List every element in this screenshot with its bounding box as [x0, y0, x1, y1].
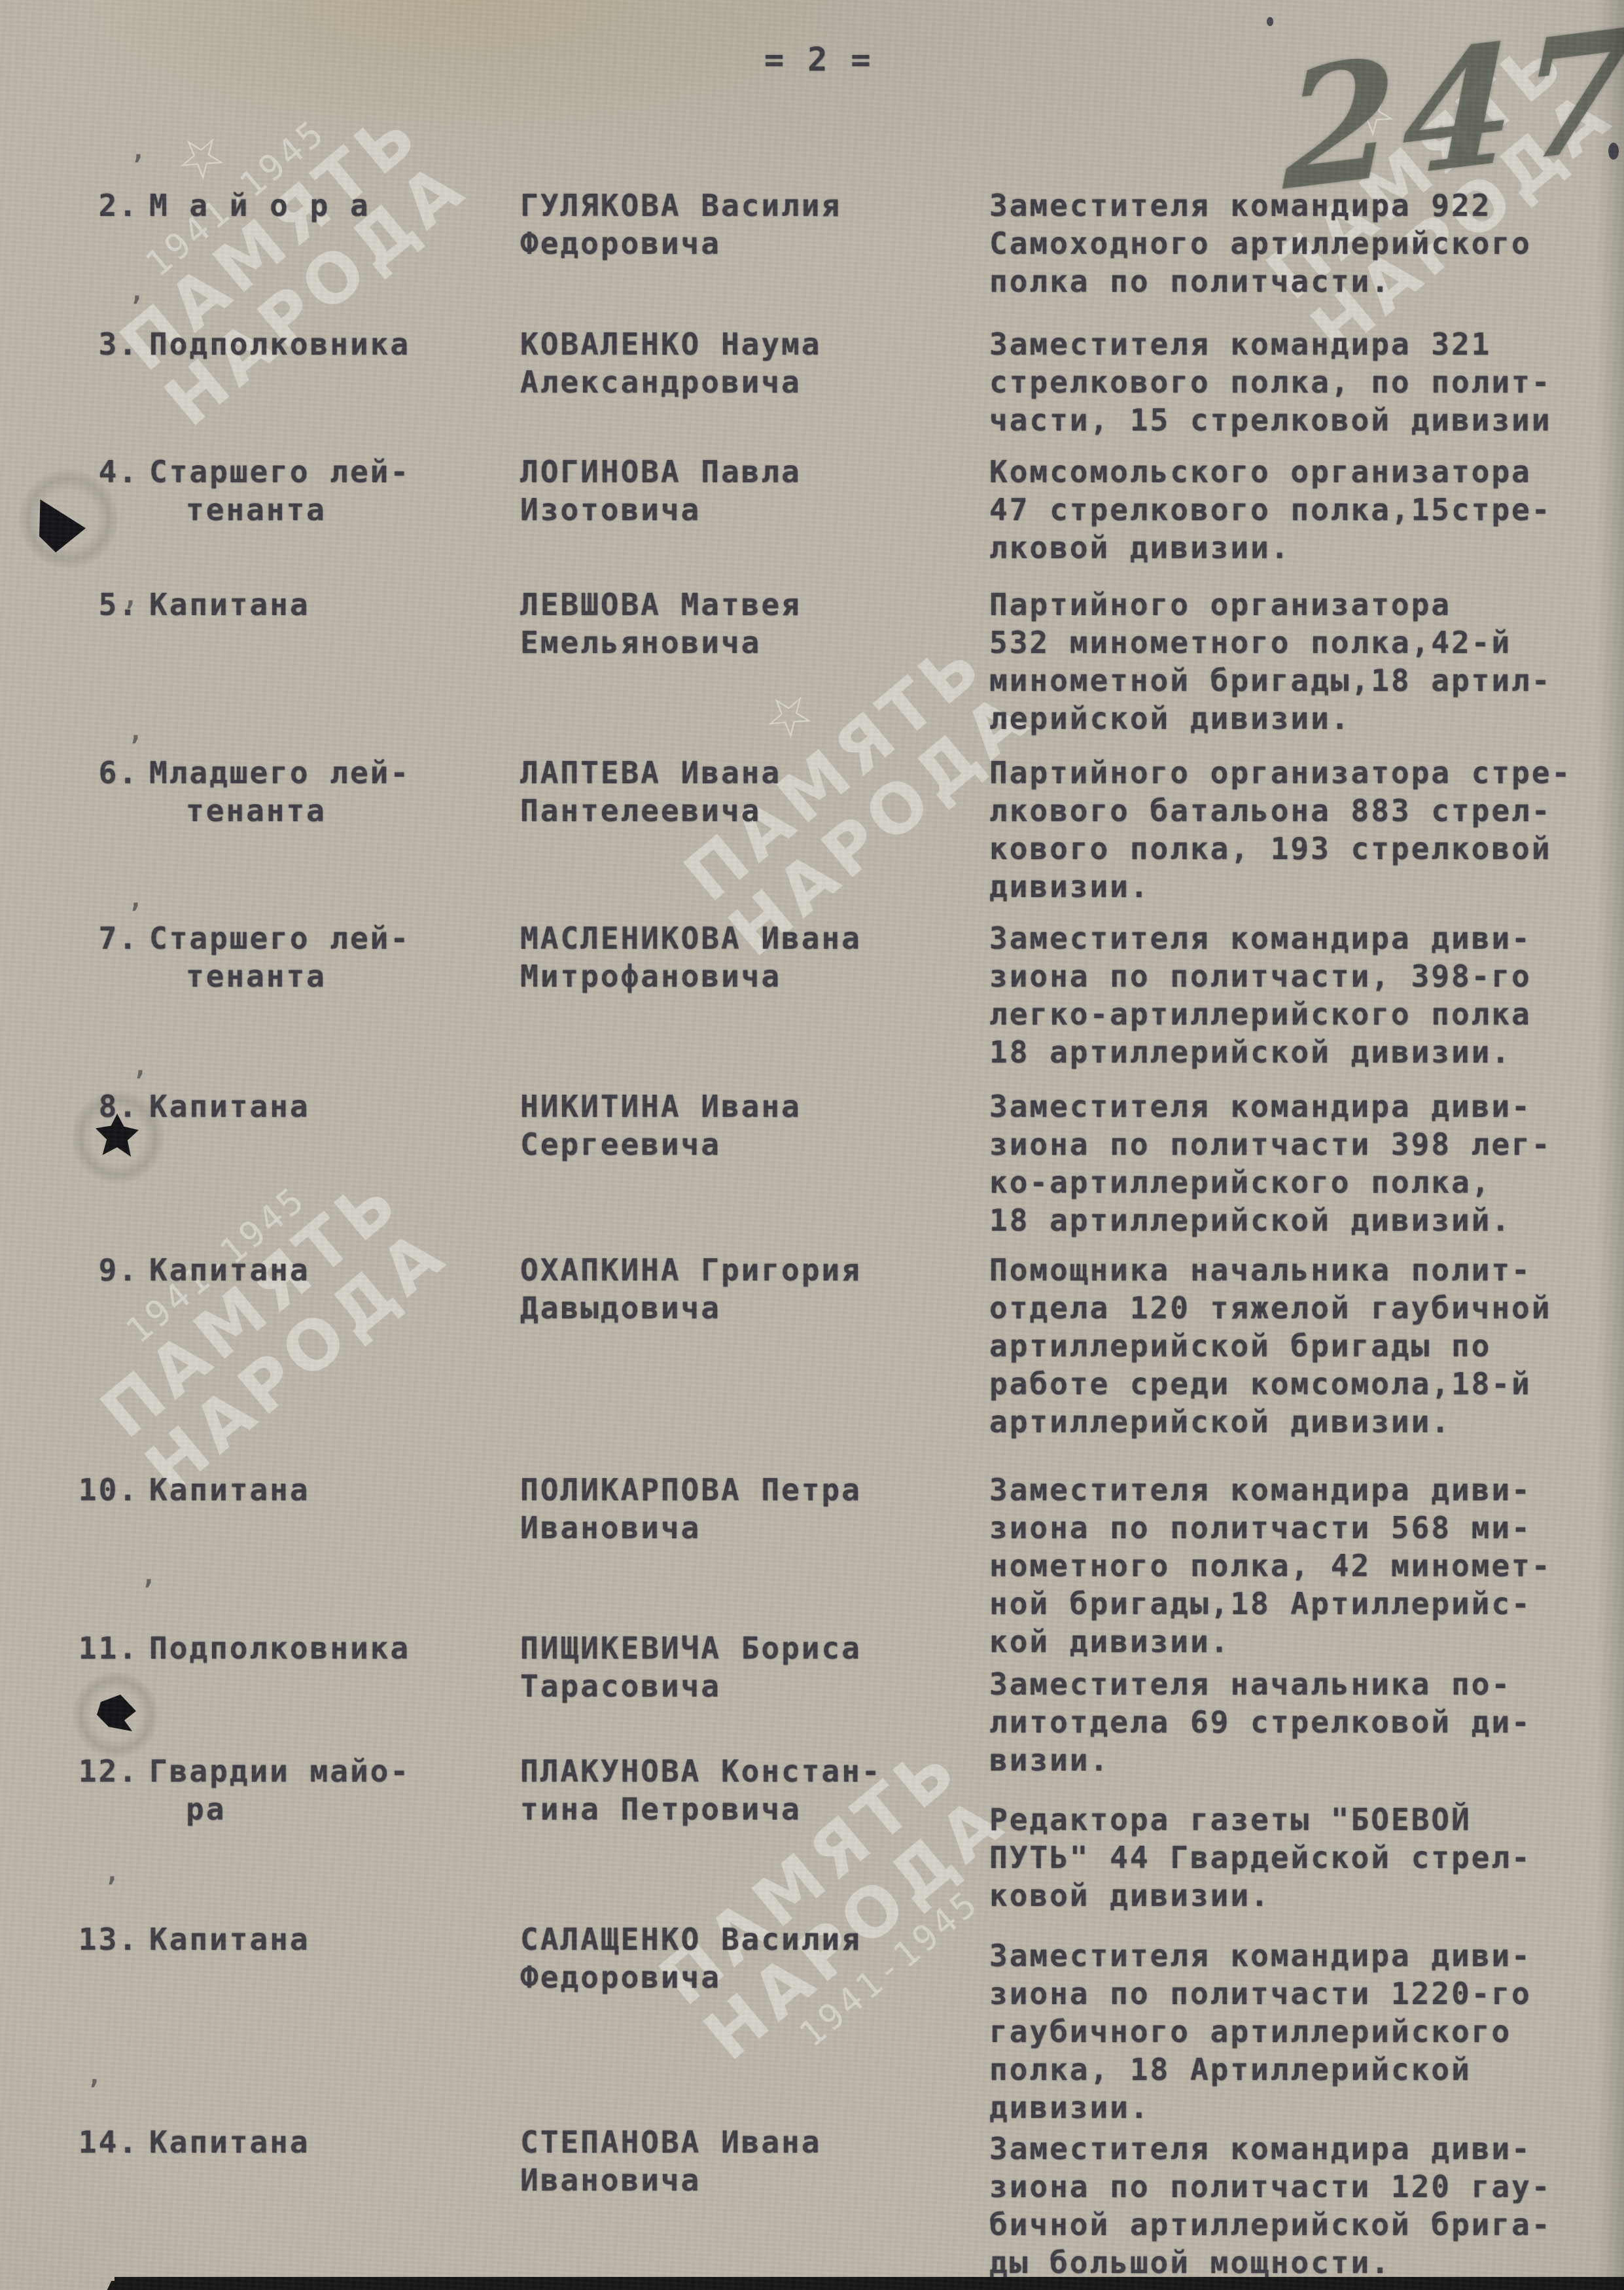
entry-number: 12. [60, 1752, 139, 1790]
text-line: Партийного организатора стре- [989, 754, 1604, 792]
entry-rank: Капитана [149, 586, 516, 624]
entry-number: 13. [60, 1920, 139, 1958]
text-line: лкового батальона 883 стрел- [989, 792, 1604, 830]
entry-position: Заместителя командира диви-зиона по поли… [989, 919, 1604, 1071]
entry-number: 8. [60, 1087, 139, 1125]
text-line: Федоровича [520, 224, 978, 262]
entry-name: ПЛАКУНОВА Констан-тина Петровича [520, 1752, 978, 1828]
entry-number: 11. [60, 1629, 139, 1667]
text-line: зиона по политчасти 398 лег- [989, 1125, 1604, 1163]
text-line: визии. [989, 1741, 1604, 1779]
entry-name: САЛАЩЕНКО ВасилияФедоровича [520, 1920, 978, 1996]
entry-number: 4. [60, 453, 139, 491]
entry-rank: Капитана [149, 1251, 516, 1289]
text-line: Александровича [520, 363, 978, 401]
entry-number: 14. [60, 2123, 139, 2161]
entry-rank: М а й о р а [149, 186, 516, 224]
entry-position: Заместителя командира 321стрелкового пол… [989, 325, 1604, 439]
text-line: Старшего лей- [149, 453, 516, 491]
text-line: Пантелеевича [520, 792, 978, 830]
text-line: Редактора газеты "БОЕВОЙ [989, 1801, 1604, 1839]
entry-rank: Подполковника [149, 1629, 516, 1667]
text-line: стрелкового полка, по полит- [989, 363, 1604, 401]
scan-edge-bar [115, 2277, 1624, 2290]
text-line: работе среди комсомола,18-й [989, 1365, 1604, 1403]
text-line: тенанта [149, 491, 516, 529]
text-line: Тарасовича [520, 1667, 978, 1705]
text-line: Старшего лей- [149, 919, 516, 957]
scan-edge-shadow [1597, 0, 1624, 2290]
text-line: 18 артиллерийской дивизий. [989, 1201, 1604, 1239]
entry-position: Заместителя командира диви-зиона по поли… [989, 1471, 1604, 1661]
entry-name: ЛОГИНОВА ПавлаИзотовича [520, 453, 978, 529]
text-line: Ивановича [520, 1509, 978, 1547]
text-line: Заместителя командира 321 [989, 325, 1604, 363]
text-line: лерийской дивизии. [989, 699, 1604, 737]
text-line: Капитана [149, 1251, 516, 1289]
stray-mark: ’ [130, 150, 145, 181]
text-line: отдела 120 тяжелой гаубичной [989, 1289, 1604, 1327]
text-line: дивизии. [989, 868, 1604, 906]
text-line: Партийного организатора [989, 586, 1604, 624]
text-line: лковой дивизии. [989, 529, 1604, 567]
entry-name: КОВАЛЕНКО НаумаАлександровича [520, 325, 978, 401]
punch-hole-tear [39, 496, 88, 554]
text-line: Заместителя командира диви- [989, 2130, 1604, 2168]
text-line: ЛАПТЕВА Ивана [520, 754, 978, 792]
text-line: полка по политчасти. [989, 262, 1604, 300]
text-line: Капитана [149, 1471, 516, 1509]
text-line: ОХАПКИНА Григория [520, 1251, 978, 1289]
text-line: 47 стрелкового полка,15стре- [989, 491, 1604, 529]
stray-mark: ’ [132, 1066, 147, 1097]
entry-position: Помощника начальника полит-отдела 120 тя… [989, 1251, 1604, 1441]
entry-rank: Гвардии майо-ра [149, 1752, 516, 1828]
text-line: нометного полка, 42 миномет- [989, 1547, 1604, 1585]
text-line: Капитана [149, 2123, 516, 2161]
entry-name: СТЕПАНОВА ИванаИвановича [520, 2123, 978, 2199]
text-line: ПЛАКУНОВА Констан- [520, 1752, 978, 1790]
text-line: ГУЛЯКОВА Василия [520, 186, 978, 224]
text-line: Подполковника [149, 1629, 516, 1667]
text-line: Заместителя начальника по- [989, 1665, 1604, 1703]
text-line: ЛОГИНОВА Павла [520, 453, 978, 491]
text-line: Капитана [149, 586, 516, 624]
text-line: ды большой мощности. [989, 2244, 1604, 2281]
entry-name: ПИЩИКЕВИЧА БорисаТарасовича [520, 1629, 978, 1705]
text-line: артиллерийской дивизии. [989, 1403, 1604, 1441]
text-line: полка, 18 Артиллерийской [989, 2051, 1604, 2088]
text-line: 18 артиллерийской дивизии. [989, 1033, 1604, 1071]
stray-mark: ’ [127, 731, 143, 762]
entry-rank: Подполковника [149, 325, 516, 363]
entry-rank: Капитана [149, 1920, 516, 1958]
stray-mark: ’ [86, 2075, 101, 2105]
text-line: СТЕПАНОВА Ивана [520, 2123, 978, 2161]
stray-mark: ’ [122, 597, 137, 627]
entry-position: Заместителя начальника по-литотдела 69 с… [989, 1665, 1604, 1779]
star-icon: ☆ [31, 4, 362, 300]
text-line: Сергеевича [520, 1125, 978, 1163]
text-line: М а й о р а [149, 186, 516, 224]
text-line: 532 минометного полка,42-й [989, 624, 1604, 661]
text-line: ко-артиллерийского полка, [989, 1163, 1604, 1201]
text-line: артиллерийской бригады по [989, 1327, 1604, 1365]
entry-number: 10. [60, 1471, 139, 1509]
text-line: Помощника начальника полит- [989, 1251, 1604, 1289]
entry-name: МАСЛЕНИКОВА ИванаМитрофановича [520, 919, 978, 995]
entry-name: ЛЕВШОВА МатвеяЕмельяновича [520, 586, 978, 661]
text-line: Заместителя командира диви- [989, 1087, 1604, 1125]
text-line: тенанта [149, 957, 516, 995]
text-line: КОВАЛЕНКО Наума [520, 325, 978, 363]
text-line: Самоходного артиллерийского [989, 224, 1604, 262]
text-line: Изотовича [520, 491, 978, 529]
page-number: = 2 = [764, 41, 873, 79]
entry-rank: Капитана [149, 1087, 516, 1125]
text-line: ПОЛИКАРПОВА Петра [520, 1471, 978, 1509]
stray-mark: ’ [127, 899, 143, 929]
entry-rank: Младшего лей-тенанта [149, 754, 516, 830]
stray-mark: ’ [103, 1873, 119, 1903]
text-line: бичной артиллерийской брига- [989, 2206, 1604, 2244]
text-line: ковой дивизии. [989, 1876, 1604, 1914]
stray-mark: ’ [140, 1576, 156, 1606]
scanned-document-page: ☆ 1941-1945 ПАМЯТЬ НАРОДА ☆ ПАМЯТЬ НАРОД… [0, 0, 1624, 2290]
entry-rank: Старшего лей-тенанта [149, 453, 516, 529]
text-line: Капитана [149, 1087, 516, 1125]
text-line: ПИЩИКЕВИЧА Бориса [520, 1629, 978, 1667]
text-line: зиона по политчасти, 398-го [989, 957, 1604, 995]
text-line: Подполковника [149, 325, 516, 363]
text-line: Заместителя командира диви- [989, 1471, 1604, 1509]
entry-position: Комсомольского организатора47 стрелковог… [989, 453, 1604, 567]
text-line: ПУТЬ" 44 Гвардейской стрел- [989, 1839, 1604, 1876]
entry-position: Заместителя командира диви-зиона по поли… [989, 1937, 1604, 2126]
entry-rank: Старшего лей-тенанта [149, 919, 516, 995]
entry-position: Заместителя командира диви-зиона по поли… [989, 1087, 1604, 1239]
text-line: Федоровича [520, 1958, 978, 1996]
text-line: Капитана [149, 1920, 516, 1958]
entry-number: 2. [60, 186, 139, 224]
text-line: кой дивизии. [989, 1623, 1604, 1661]
entry-name: ГУЛЯКОВА ВасилияФедоровича [520, 186, 978, 262]
text-line: зиона по политчасти 568 ми- [989, 1509, 1604, 1547]
text-line: дивизии. [989, 2088, 1604, 2126]
text-line: зиона по политчасти 1220-го [989, 1975, 1604, 2013]
text-line: тина Петровича [520, 1790, 978, 1828]
entry-position: Заместителя командира 922Самоходного арт… [989, 186, 1604, 300]
text-line: зиона по политчасти 120 гау- [989, 2168, 1604, 2206]
entry-name: НИКИТИНА ИванаСергеевича [520, 1087, 978, 1163]
text-line: ра [149, 1790, 516, 1828]
entry-position: Заместителя командира диви-зиона по поли… [989, 2130, 1604, 2281]
text-line: Заместителя командира диви- [989, 919, 1604, 957]
text-line: Заместителя командира 922 [989, 186, 1604, 224]
text-line: литотдела 69 стрелковой ди- [989, 1703, 1604, 1741]
entry-rank: Капитана [149, 1471, 516, 1509]
entry-number: 9. [60, 1251, 139, 1289]
text-line: тенанта [149, 792, 516, 830]
entry-rank: Капитана [149, 2123, 516, 2161]
watermark-text: ПАМЯТЬ [88, 1161, 414, 1451]
text-line: Комсомольского организатора [989, 453, 1604, 491]
text-line: Заместителя командира диви- [989, 1937, 1604, 1975]
text-line: ЛЕВШОВА Матвея [520, 586, 978, 624]
entry-name: ПОЛИКАРПОВА ПетраИвановича [520, 1471, 978, 1547]
text-line: Гвардии майо- [149, 1752, 516, 1790]
text-line: Емельяновича [520, 624, 978, 661]
punch-hole-ring [73, 1672, 158, 1757]
entry-name: ОХАПКИНА ГригорияДавыдовича [520, 1251, 978, 1327]
archive-watermark: 1941-1945 ПАМЯТЬ НАРОДА [64, 1133, 459, 1506]
text-line: легко-артиллерийского полка [989, 995, 1604, 1033]
ink-speck [1267, 17, 1273, 26]
text-line: Митрофановича [520, 957, 978, 995]
stray-mark: ’ [128, 292, 144, 322]
text-line: кового полка, 193 стрелковой [989, 830, 1604, 868]
entry-position: Партийного организатора стре-лкового бат… [989, 754, 1604, 906]
entry-number: 3. [60, 325, 139, 363]
entry-position: Партийного организатора532 минометного п… [989, 586, 1604, 737]
text-line: НИКИТИНА Ивана [520, 1087, 978, 1125]
text-line: Ивановича [520, 2161, 978, 2199]
text-line: ной бригады,18 Артиллерийс- [989, 1585, 1604, 1623]
entry-position: Редактора газеты "БОЕВОЙПУТЬ" 44 Гвардей… [989, 1801, 1604, 1914]
text-line: САЛАЩЕНКО Василия [520, 1920, 978, 1958]
text-line: МАСЛЕНИКОВА Ивана [520, 919, 978, 957]
text-line: части, 15 стрелковой дивизии [989, 401, 1604, 439]
text-line: Давыдовича [520, 1289, 978, 1327]
text-line: гаубичного артиллерийского [989, 2013, 1604, 2051]
entry-name: ЛАПТЕВА ИванаПантелеевича [520, 754, 978, 830]
punch-hole [97, 1695, 136, 1731]
text-line: минометной бригады,18 артил- [989, 661, 1604, 699]
text-line: Младшего лей- [149, 754, 516, 792]
